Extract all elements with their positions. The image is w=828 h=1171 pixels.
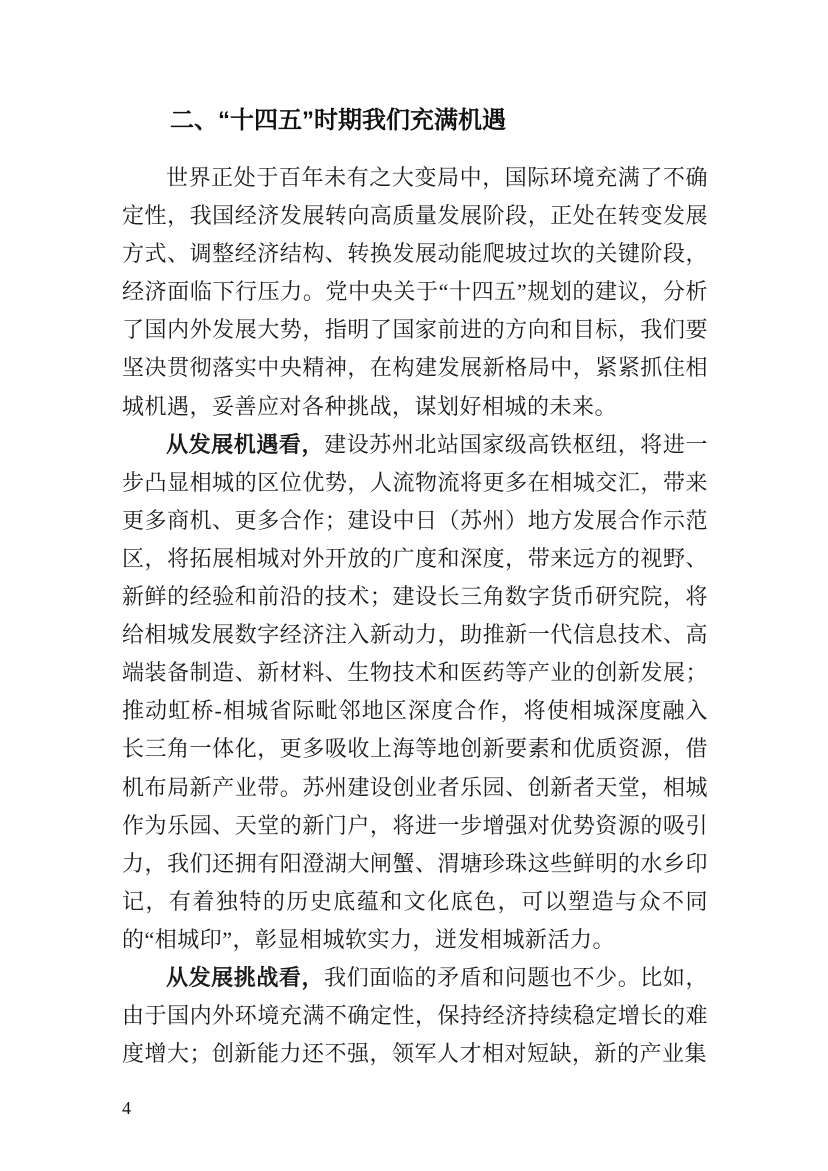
page-number: 4 (122, 1097, 131, 1119)
section-heading: 二、“十四五”时期我们充满机遇 (122, 102, 708, 140)
paragraph-text: 建设苏州北站国家级高铁枢纽，将进一步凸显相城的区位优势，人流物流将更多在相城交汇… (122, 432, 708, 952)
page-content: 二、“十四五”时期我们充满机遇 世界正处于百年未有之大变局中，国际环境充满了不确… (122, 102, 708, 1073)
paragraph-development-challenges: 从发展挑战看，我们面临的矛盾和问题也不少。比如，由于国内外环境充满不确定性，保持… (122, 959, 708, 1073)
document-page: 二、“十四五”时期我们充满机遇 世界正处于百年未有之大变局中，国际环境充满了不确… (0, 0, 828, 1171)
paragraph-lead: 从发展挑战看， (166, 965, 324, 990)
paragraph-development-opportunities: 从发展机遇看，建设苏州北站国家级高铁枢纽，将进一步凸显相城的区位优势，人流物流将… (122, 426, 708, 959)
paragraph-text: 世界正处于百年未有之大变局中，国际环境充满了不确定性，我国经济发展转向高质量发展… (122, 165, 708, 419)
paragraph-world-situation: 世界正处于百年未有之大变局中，国际环境充满了不确定性，我国经济发展转向高质量发展… (122, 159, 708, 426)
paragraph-lead: 从发展机遇看， (166, 432, 324, 457)
